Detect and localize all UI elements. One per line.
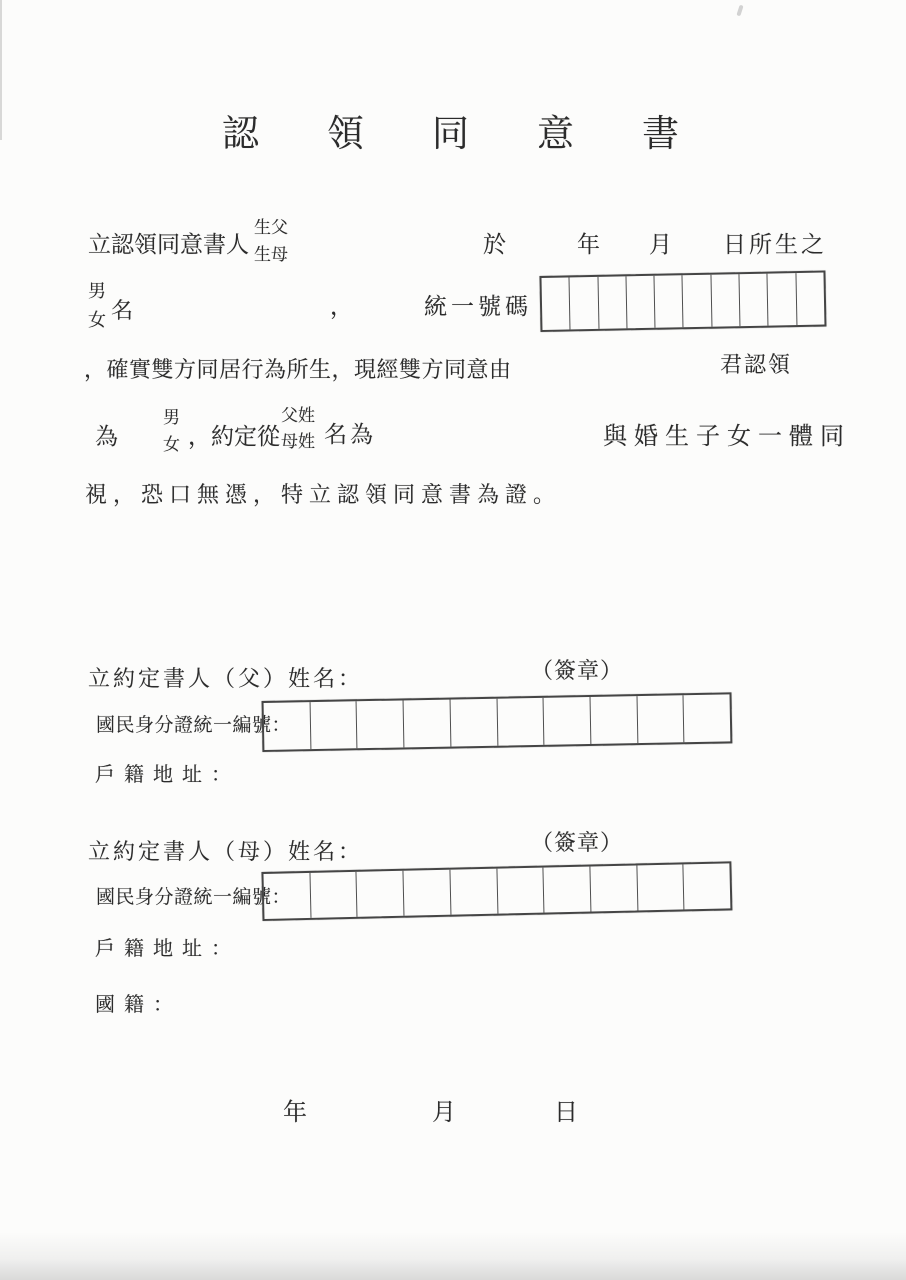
child-name-label: 名: [111, 294, 133, 325]
mother-name-label: 立約定書人（母）姓名：: [88, 835, 363, 866]
form-title-char: 同: [432, 103, 469, 157]
birth-father-label: 生父: [254, 214, 288, 241]
surname-choice-stack: 父姓 母姓: [281, 403, 315, 455]
scan-speck-artifact: [736, 5, 743, 17]
grid-cell: [450, 869, 498, 915]
mother-surname-label: 母姓: [281, 429, 315, 455]
birth-parents-stack: 生父 生母: [254, 214, 288, 268]
grid-cell: [497, 868, 545, 914]
as-label: 為: [95, 418, 118, 451]
declarant-lead-label: 立認領同意書人: [88, 226, 249, 259]
grid-cell: [768, 273, 797, 326]
grid-cell: [598, 276, 627, 329]
form-title-char: 書: [642, 103, 679, 157]
female-label: 女: [88, 306, 106, 335]
grid-cell: [684, 863, 731, 909]
grid-cell: [637, 864, 685, 910]
child-gender-stack: 男 女: [88, 277, 106, 335]
grid-cell: [684, 694, 731, 742]
father-id-grid: [262, 692, 733, 752]
grid-cell: [264, 702, 312, 750]
mother-seal-label: （簽章）: [531, 826, 623, 857]
acknowledger-suffix-label: 君認領: [720, 348, 792, 379]
form-title: 認 領 同 意 書: [222, 103, 679, 157]
grid-cell: [310, 872, 358, 918]
unified-number-label: 統一號碼: [424, 288, 532, 321]
birth-day-suffix-label: 日所生之: [723, 226, 827, 259]
birth-mother-label: 生母: [254, 241, 288, 268]
grid-cell: [637, 695, 685, 743]
grid-cell: [404, 700, 452, 748]
unified-number-grid: [539, 271, 826, 332]
grid-cell: [590, 865, 638, 911]
father-seal-label: （簽章）: [531, 654, 623, 685]
named-as-label: 名為: [324, 416, 376, 449]
grid-cell: [626, 276, 655, 329]
gender-choice-stack: 男 女: [163, 404, 180, 458]
form-title-char: 意: [537, 103, 574, 157]
father-name-label: 立約定書人（父）姓名：: [88, 662, 363, 693]
grid-cell: [357, 871, 405, 917]
scan-edge-artifact: [0, 0, 2, 140]
father-address-label: 戶籍地址：: [95, 758, 240, 787]
birth-month-label: 月: [649, 226, 672, 259]
form-title-char: 領: [327, 103, 364, 157]
mother-address-label: 戶籍地址：: [95, 932, 240, 961]
signature-year-label: 年: [283, 1092, 307, 1127]
grid-cell: [450, 699, 498, 747]
mother-nationality-label: 國籍：: [95, 988, 182, 1017]
grid-cell: [263, 873, 311, 919]
form-title-char: 認: [222, 103, 259, 157]
male-label: 男: [163, 404, 180, 431]
on-date-label: 於: [483, 226, 506, 259]
mother-id-grid: [261, 861, 732, 921]
female-label: 女: [163, 431, 180, 458]
closing-statement-text: 視，恐口無憑，特立認領同意書為證。: [85, 478, 561, 509]
grid-cell: [570, 277, 599, 330]
grid-cell: [544, 867, 592, 913]
birth-year-label: 年: [577, 226, 600, 259]
cohabitation-statement-text: ，確實雙方同居行為所生，現經雙方同意由: [84, 353, 512, 384]
father-surname-label: 父姓: [281, 403, 315, 429]
signature-day-label: 日: [554, 1092, 578, 1127]
scan-shadow-artifact: [0, 1232, 906, 1280]
grid-cell: [740, 274, 769, 327]
comma-separator: ，: [330, 288, 353, 321]
grid-cell: [796, 273, 824, 326]
grid-cell: [357, 700, 405, 748]
grid-cell: [404, 870, 452, 916]
grid-cell: [497, 698, 545, 746]
grid-cell: [711, 274, 740, 327]
surname-agreement-label: ，約定從: [188, 418, 280, 451]
male-label: 男: [88, 277, 106, 306]
grid-cell: [310, 701, 358, 749]
signature-month-label: 月: [432, 1092, 456, 1127]
grid-cell: [683, 275, 712, 328]
grid-cell: [542, 277, 571, 330]
grid-cell: [544, 697, 592, 745]
grid-cell: [590, 696, 638, 744]
legitimate-child-equal-label: 與婚生子女一體同: [603, 416, 851, 451]
scanned-consent-form-page: 認 領 同 意 書 立認領同意書人 生父 生母 於 年 月 日所生之 男 女 名…: [0, 0, 906, 1280]
grid-cell: [655, 275, 684, 328]
